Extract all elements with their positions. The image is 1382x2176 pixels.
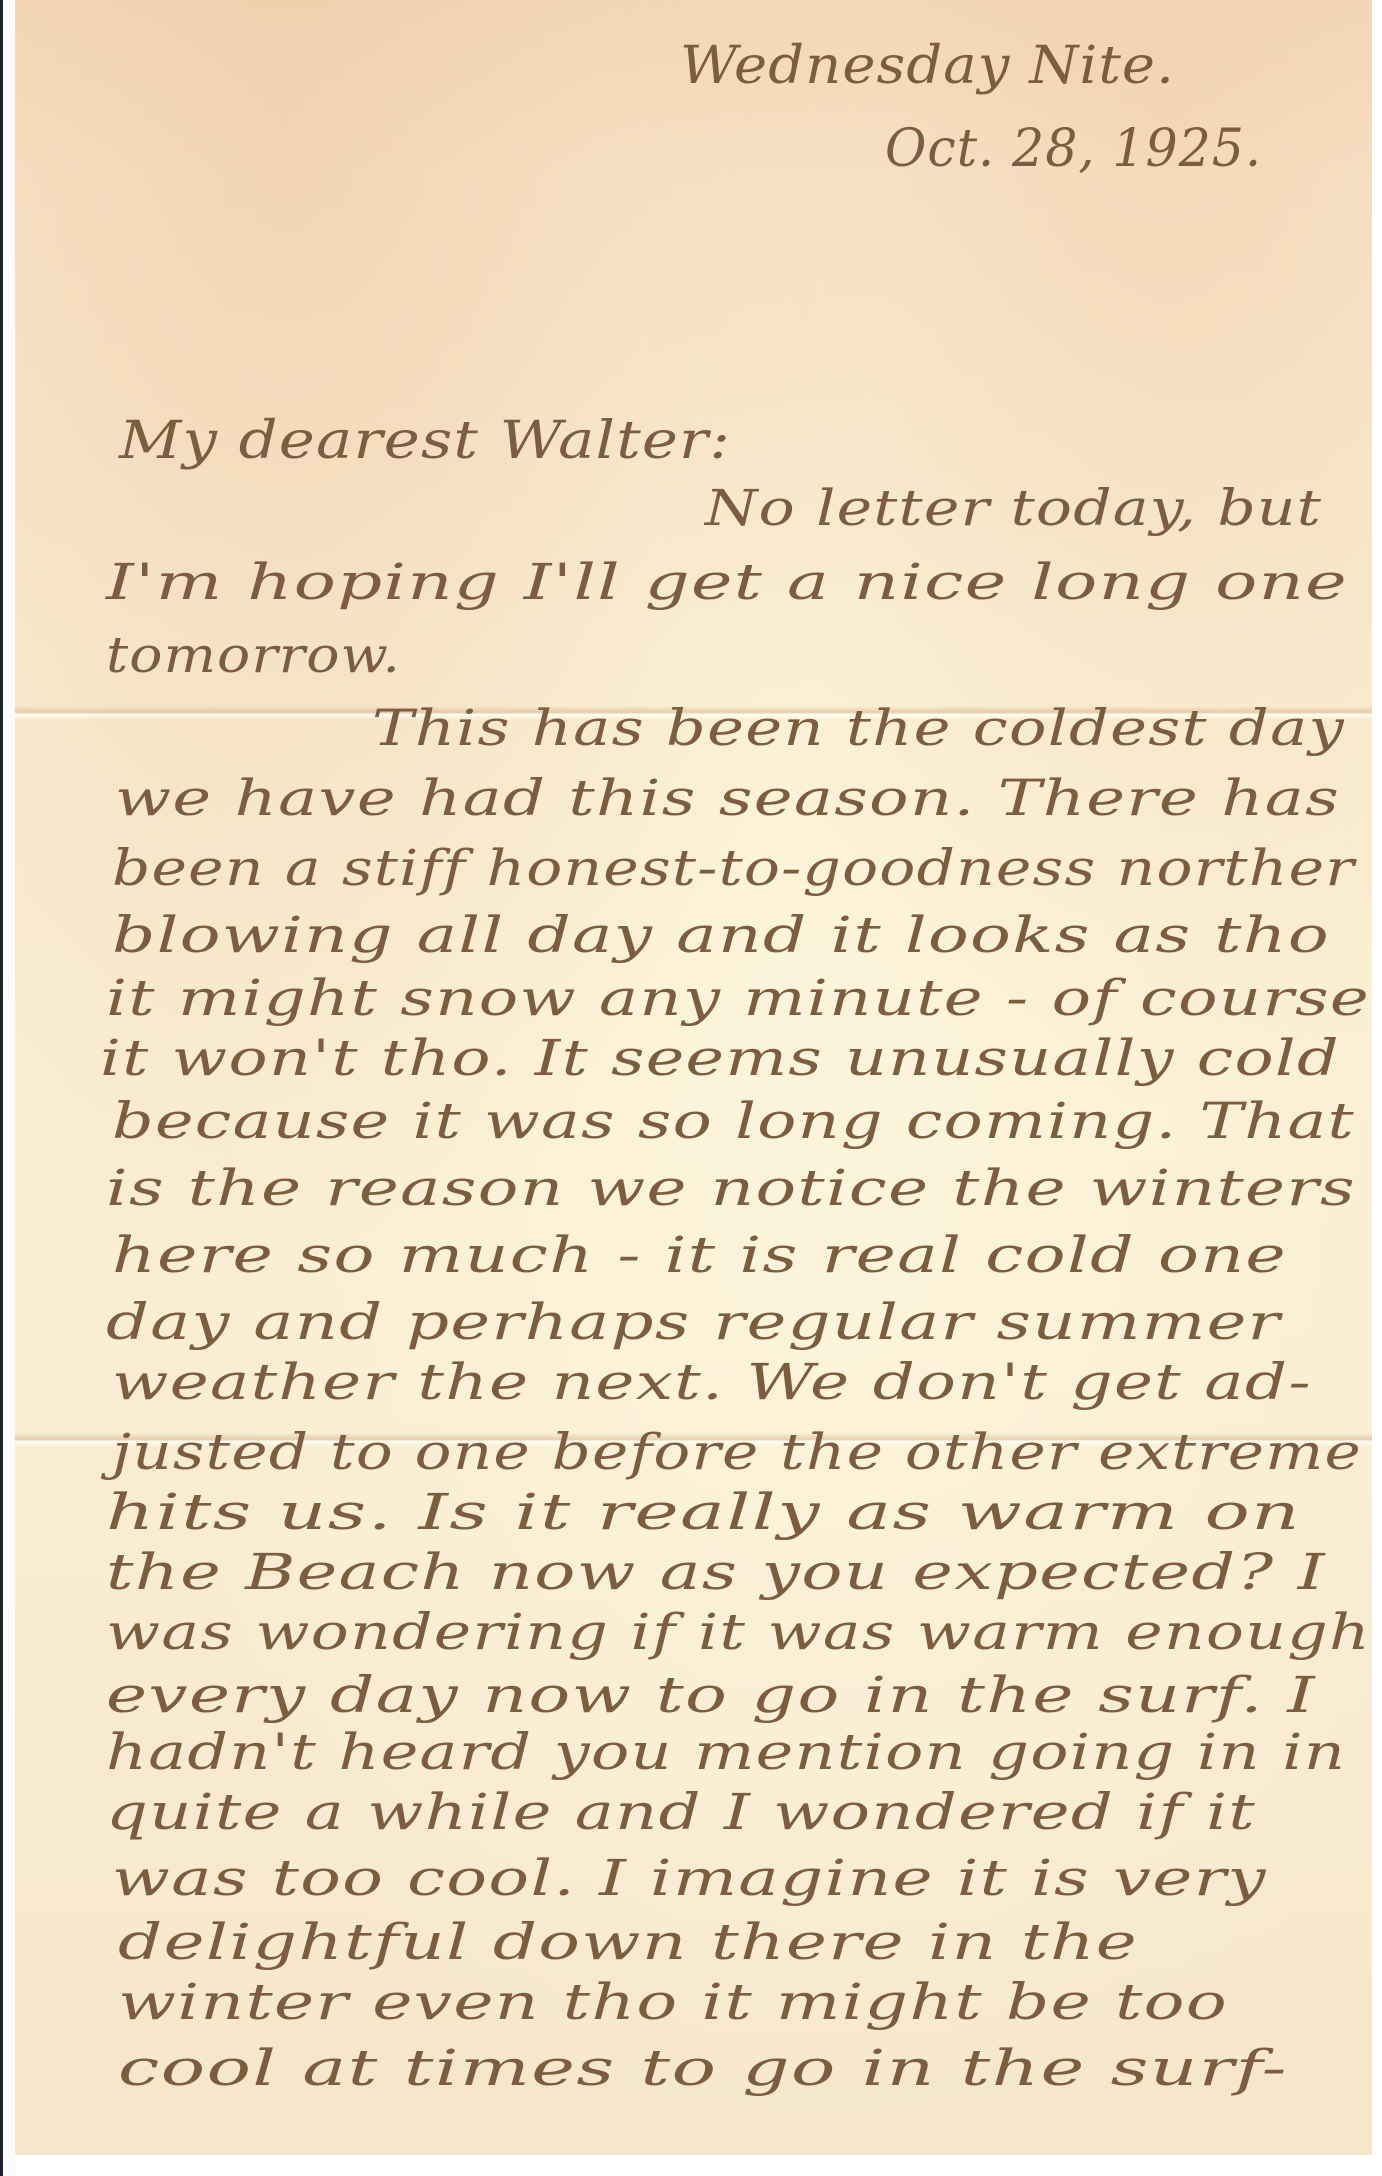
body-line: day and perhaps regular summer (106, 1297, 1281, 1347)
scan-margin (3, 0, 15, 2176)
body-line: was wondering if it was warm enough (106, 1607, 1371, 1657)
letter-date: Oct. 28, 1925. (885, 123, 1262, 175)
body-line: was too cool. I imagine it is very (112, 1853, 1267, 1903)
body-line: because it was so long coming. That (112, 1096, 1355, 1146)
body-line: winter even tho it might be too (118, 1977, 1228, 2027)
body-line: here so much - it is real cold one (112, 1230, 1287, 1280)
body-line: This has been the coldest day (372, 703, 1345, 753)
letter-day: Wednesday Nite. (680, 40, 1175, 92)
body-line: the Beach now as you expected? I (106, 1547, 1326, 1597)
body-line: No letter today, but (705, 483, 1322, 533)
body-line: delightful down there in the (118, 1917, 1138, 1967)
body-line: cool at times to go in the surf- (118, 2043, 1288, 2093)
body-line: quite a while and I wondered if it (106, 1787, 1256, 1837)
body-line: I'm hoping I'll get a nice long one (106, 557, 1348, 607)
body-line: justed to one before the other extreme (112, 1427, 1362, 1477)
body-line: is the reason we notice the winters (106, 1163, 1356, 1213)
body-line: blowing all day and it looks as tho (112, 910, 1330, 960)
body-line: been a stiff honest-to-goodness norther (112, 843, 1355, 893)
body-line: hadn't heard you mention going in in (106, 1727, 1346, 1777)
salutation: My dearest Walter: (119, 415, 731, 467)
body-line: hits us. Is it really as warm on (106, 1487, 1301, 1537)
body-line: weather the next. We don't get ad- (112, 1357, 1312, 1407)
body-line: it won't tho. It seems unusually cold (100, 1033, 1340, 1083)
body-line: it might snow any minute - of course (106, 973, 1370, 1023)
body-line: every day now to go in the surf. I (106, 1670, 1316, 1720)
body-line: we have had this season. There has (115, 773, 1340, 823)
body-line: tomorrow. (106, 630, 401, 680)
